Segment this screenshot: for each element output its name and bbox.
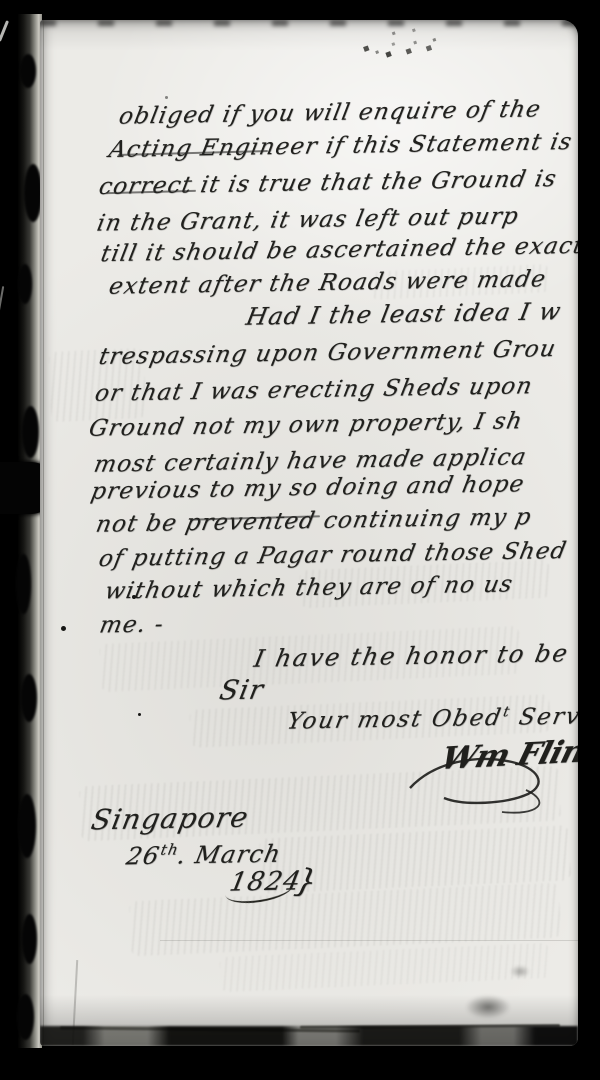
book-binding-edge: [6, 14, 42, 1048]
dateline-month: . March: [175, 840, 284, 870]
letter-line-4: in the Grant, it was left out purp: [95, 203, 522, 236]
faint-rule-line: [160, 940, 578, 941]
binding-blot: [18, 794, 36, 858]
letter-line-9: or that I was erecting Sheds upon: [93, 373, 535, 407]
top-edge-smudges: [40, 20, 578, 26]
binding-blot: [20, 54, 36, 88]
edge-smudge: [510, 965, 530, 978]
letter-line-3: correct it is true that the Ground is: [97, 166, 560, 200]
letter-line-2: Acting Engineer if this Statement is: [107, 129, 575, 163]
ink-speckles: [360, 34, 364, 38]
binding-blot: [21, 674, 37, 722]
closing-servant-line: Your most Obedt Servant: [285, 702, 578, 735]
letter-line-7: Had I the least idea I w: [244, 297, 564, 330]
pencil-speck: [165, 96, 168, 99]
scanned-letter-photo: obliged if you will enquire of the Actin…: [0, 0, 600, 1080]
binding-blot: [22, 406, 39, 458]
closing-honor-line: I have the honor to be: [252, 639, 572, 672]
dateline-place: Singapore: [89, 801, 252, 837]
letter-line-5: till it should be ascertained the exact: [99, 233, 578, 267]
ink-dot: [132, 595, 136, 599]
signature: Wm Flint: [437, 733, 578, 777]
servant-line-text: Your most Obed: [285, 705, 505, 735]
scratch-mark: [0, 286, 4, 312]
edge-smudge: [465, 995, 511, 1019]
letter-line-1: obliged if you will enquire of the: [117, 96, 544, 129]
bottom-page-edges: [40, 1026, 578, 1046]
servant-line-rest: Servant: [507, 703, 578, 731]
dateline-day: 26: [124, 842, 163, 871]
ink-dot: [138, 713, 141, 716]
letter-paper: obliged if you will enquire of the Actin…: [40, 20, 578, 1046]
binding-blot: [18, 264, 32, 304]
letter-line-8: trespassing upon Government Grou: [97, 336, 559, 370]
binding-blot: [22, 914, 37, 964]
closing-salutation: Sir: [217, 675, 267, 707]
binding-blot: [17, 994, 34, 1040]
ink-dot: [61, 626, 66, 631]
binding-blot: [16, 554, 31, 614]
letter-line-13: not be prevented continuing my p: [94, 504, 534, 538]
letter-line-10: Ground not my own property, I sh: [87, 408, 526, 442]
dateline-day-month: 26th. March: [124, 839, 284, 871]
left-crease-line: [43, 20, 44, 1046]
letter-line-16: me. -: [97, 611, 166, 638]
